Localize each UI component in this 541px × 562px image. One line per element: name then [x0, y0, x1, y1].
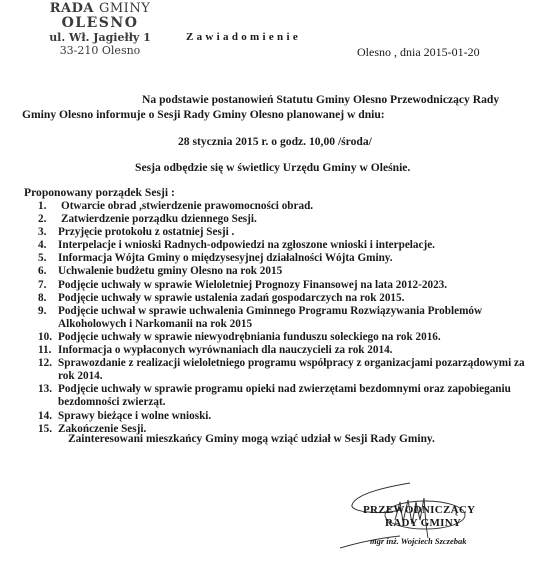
agenda-item: 5.Informacja Wójta Gminy o międzysesyjne… [38, 252, 528, 265]
agenda-item: 4.Interpelacje i wnioski Radnych-odpowie… [38, 239, 528, 252]
agenda-item: 10.Podjęcie uchwały w sprawie niewyodręb… [38, 331, 528, 344]
agenda-item: 7.Podjęcie uchwały w sprawie Wieloletnie… [38, 279, 528, 292]
closing-note: Zainteresowani mieszkańcy Gminy mogą wzi… [68, 433, 435, 445]
agenda-item: 12.Sprawozdanie z realizacji wieloletnie… [38, 357, 528, 383]
stamp-postcode: 33-210 Olesno [40, 44, 160, 57]
agenda-item: 11.Informacja o wypłaconych wyrównaniach… [38, 344, 528, 357]
agenda-item: 13.Podjęcie uchwały w sprawie programu o… [38, 383, 528, 409]
agenda-item: 2.Zatwierdzenie porządku dziennego Sesji… [38, 213, 528, 226]
intro-line-1: Na podstawie postanowień Statutu Gminy O… [142, 93, 499, 106]
document-title: Zawiadomienie [186, 31, 301, 43]
session-location: Sesja odbędzie się w świetlicy Urzędu Gm… [135, 161, 410, 174]
agenda-list: 1.Otwarcie obrad ,stwierdzenie prawomocn… [38, 200, 528, 436]
agenda-item: 1.Otwarcie obrad ,stwierdzenie prawomocn… [38, 200, 528, 213]
agenda-item: 3.Przyjęcie protokołu z ostatniej Sesji … [38, 226, 528, 239]
agenda-heading: Proponowany porządek Sesji : [24, 186, 175, 199]
stamp-line-2: OLESNO [40, 16, 160, 31]
agenda-item: 9.Podjęcie uchwał w sprawie uchwalenia G… [38, 305, 528, 331]
place-date: Olesno , dnia 2015-01-20 [357, 45, 480, 60]
intro-line-2: Gminy Olesno informuje o Sesji Rady Gmin… [22, 108, 385, 121]
agenda-item: 8.Podjęcie uchwały w sprawie ustalenia z… [38, 292, 528, 305]
agenda-item: 6.Uchwalenie budżetu gminy Olesno na rok… [38, 265, 528, 278]
signature-block: PRZEWODNICZĄCY RADY GMINY mgr inż. Wojci… [340, 480, 540, 560]
stamp-address: ul. Wł. Jagiełły 1 [40, 31, 160, 44]
signature-title-1: PRZEWODNICZĄCY [363, 504, 475, 516]
session-datetime: 28 stycznia 2015 r. o godz. 10,00 /środa… [178, 135, 372, 148]
council-stamp: RADA GMINY OLESNO ul. Wł. Jagiełły 1 33-… [40, 2, 160, 57]
stamp-line-1: RADA GMINY [40, 2, 160, 16]
signature-title-2: RADY GMINY [385, 517, 461, 529]
signatory-name: mgr inż. Wojciech Szczebak [370, 536, 467, 546]
agenda-item: 14.Sprawy bieżące i wolne wnioski. [38, 410, 528, 423]
